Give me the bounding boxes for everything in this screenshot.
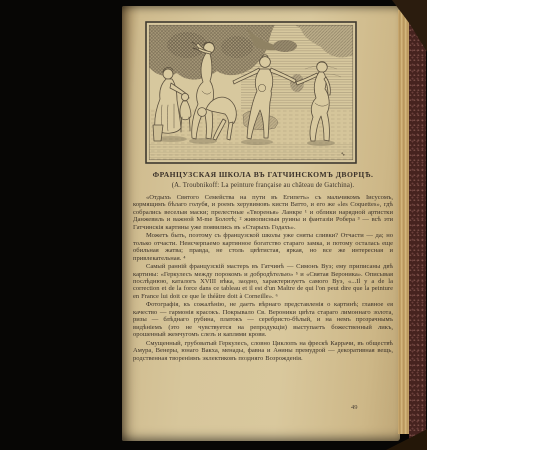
paragraph: Самый ранній французскій мастеръ въ Гатч…	[133, 263, 393, 300]
book-right-page: ФРАНЦУЗСКАЯ ШКОЛА ВЪ ГАТЧИНСКОМЪ ДВОРЦѢ.…	[122, 6, 400, 441]
paragraph: «Отдыхъ Святого Семейства на пути въ Еги…	[133, 194, 393, 231]
leather-binding	[409, 4, 426, 444]
putti-engraving-svg	[145, 21, 357, 164]
page-number: 49	[351, 404, 358, 411]
paragraph: Смущенный, грубоватый Геркулесъ, словно …	[133, 340, 393, 362]
book-photograph: ФРАНЦУЗСКАЯ ШКОЛА ВЪ ГАТЧИНСКОМЪ ДВОРЦѢ.…	[0, 0, 427, 450]
text-column: ФРАНЦУЗСКАЯ ШКОЛА ВЪ ГАТЧИНСКОМЪ ДВОРЦѢ.…	[133, 170, 393, 363]
article-heading: ФРАНЦУЗСКАЯ ШКОЛА ВЪ ГАТЧИНСКОМЪ ДВОРЦѢ.	[133, 170, 393, 179]
article-subheading: (A. Troubnikoff: La peinture française a…	[133, 182, 393, 189]
paragraph: Фотографія, къ сожалѣнію, не даетъ вѣрна…	[133, 301, 393, 338]
white-margin	[427, 0, 550, 450]
putti-engraving	[145, 21, 357, 164]
paragraph: Можетъ быть, поэтому съ французской школ…	[133, 232, 393, 262]
